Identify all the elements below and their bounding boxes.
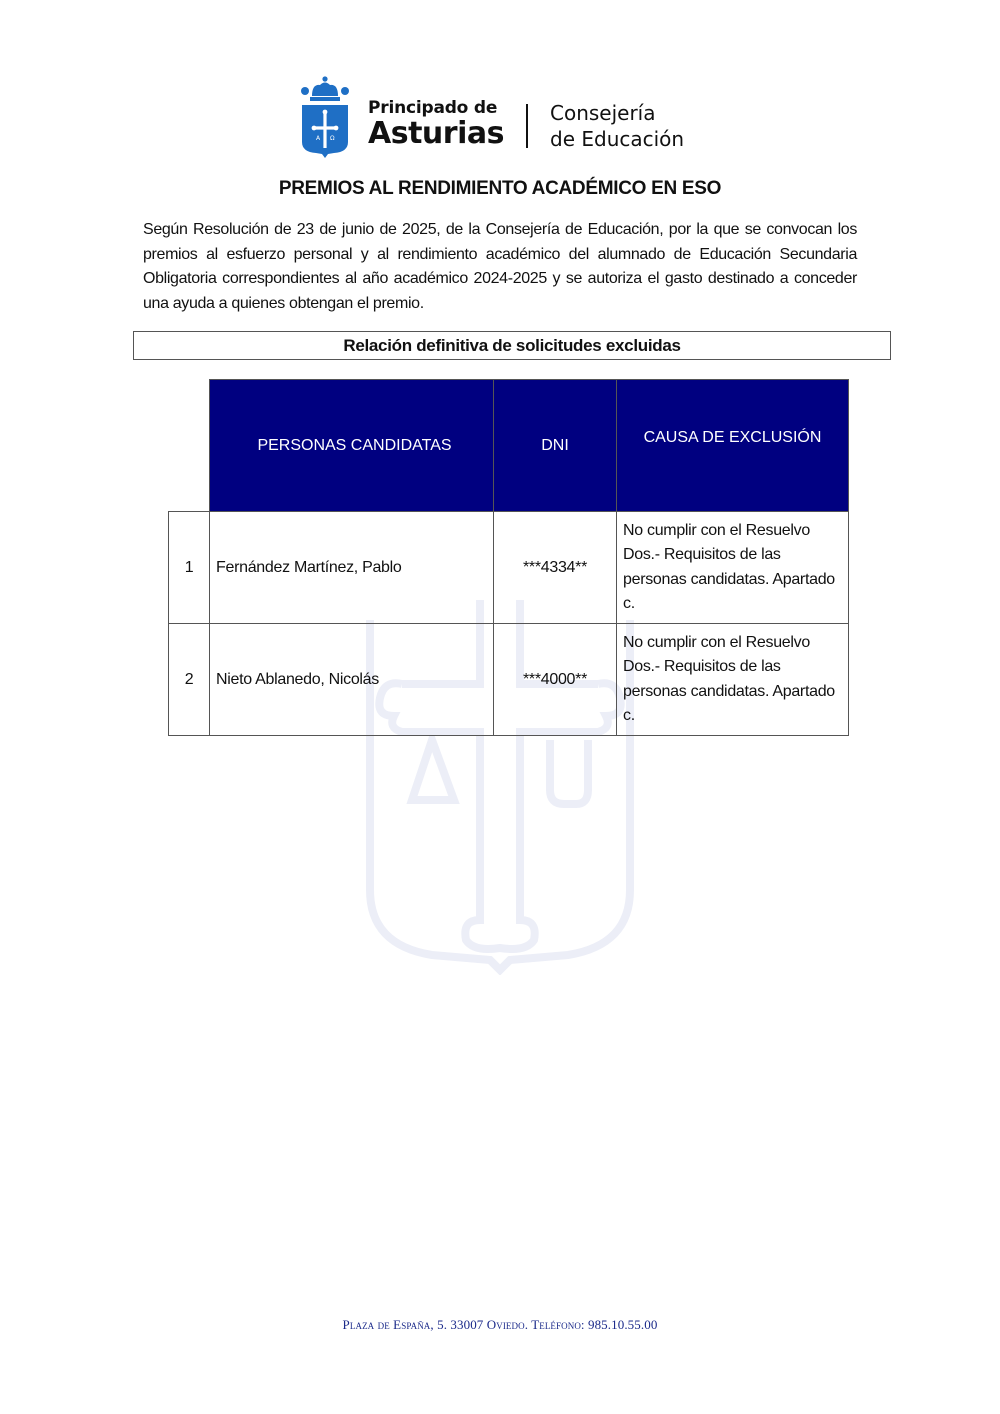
candidate-dni: ***4000** — [494, 624, 617, 736]
candidate-name: Nieto Ablanedo, Nicolás — [210, 624, 494, 736]
row-number: 1 — [169, 512, 210, 624]
candidate-name: Fernández Martínez, Pablo — [210, 512, 494, 624]
principado-asturias-logo: A Ω Principado de Asturias Consejería de… — [300, 76, 720, 160]
department-name: Consejería de Educación — [550, 100, 684, 152]
excluded-applications-table: PERSONAS CANDIDATAS DNI CAUSA DE EXCLUSI… — [168, 379, 849, 736]
column-header-candidates: PERSONAS CANDIDATAS — [210, 380, 494, 512]
row-number: 2 — [169, 624, 210, 736]
section-title: Relación definitiva de solicitudes exclu… — [133, 331, 891, 360]
table-row: 1 Fernández Martínez, Pablo ***4334** No… — [169, 512, 849, 624]
svg-text:Ω: Ω — [330, 135, 335, 142]
org-name: Principado de Asturias — [368, 98, 504, 150]
logo-divider — [526, 104, 528, 148]
column-header-dni: DNI — [494, 380, 617, 512]
asturias-shield-icon: A Ω — [300, 76, 350, 158]
table-header-row: PERSONAS CANDIDATAS DNI CAUSA DE EXCLUSI… — [169, 380, 849, 512]
intro-paragraph: Según Resolución de 23 de junio de 2025,… — [143, 218, 857, 316]
exclusion-cause: No cumplir con el Resuelvo Dos.- Requisi… — [617, 512, 849, 624]
document-title: PREMIOS AL RENDIMIENTO ACADÉMICO EN ESO — [0, 178, 1000, 200]
header-blank-cell — [169, 380, 210, 512]
footer-address: Plaza de España, 5. 33007 Oviedo. Teléfo… — [0, 1317, 1000, 1333]
candidate-dni: ***4334** — [494, 512, 617, 624]
table-row: 2 Nieto Ablanedo, Nicolás ***4000** No c… — [169, 624, 849, 736]
column-header-cause: CAUSA DE EXCLUSIÓN — [617, 380, 849, 512]
exclusion-cause: No cumplir con el Resuelvo Dos.- Requisi… — [617, 624, 849, 736]
